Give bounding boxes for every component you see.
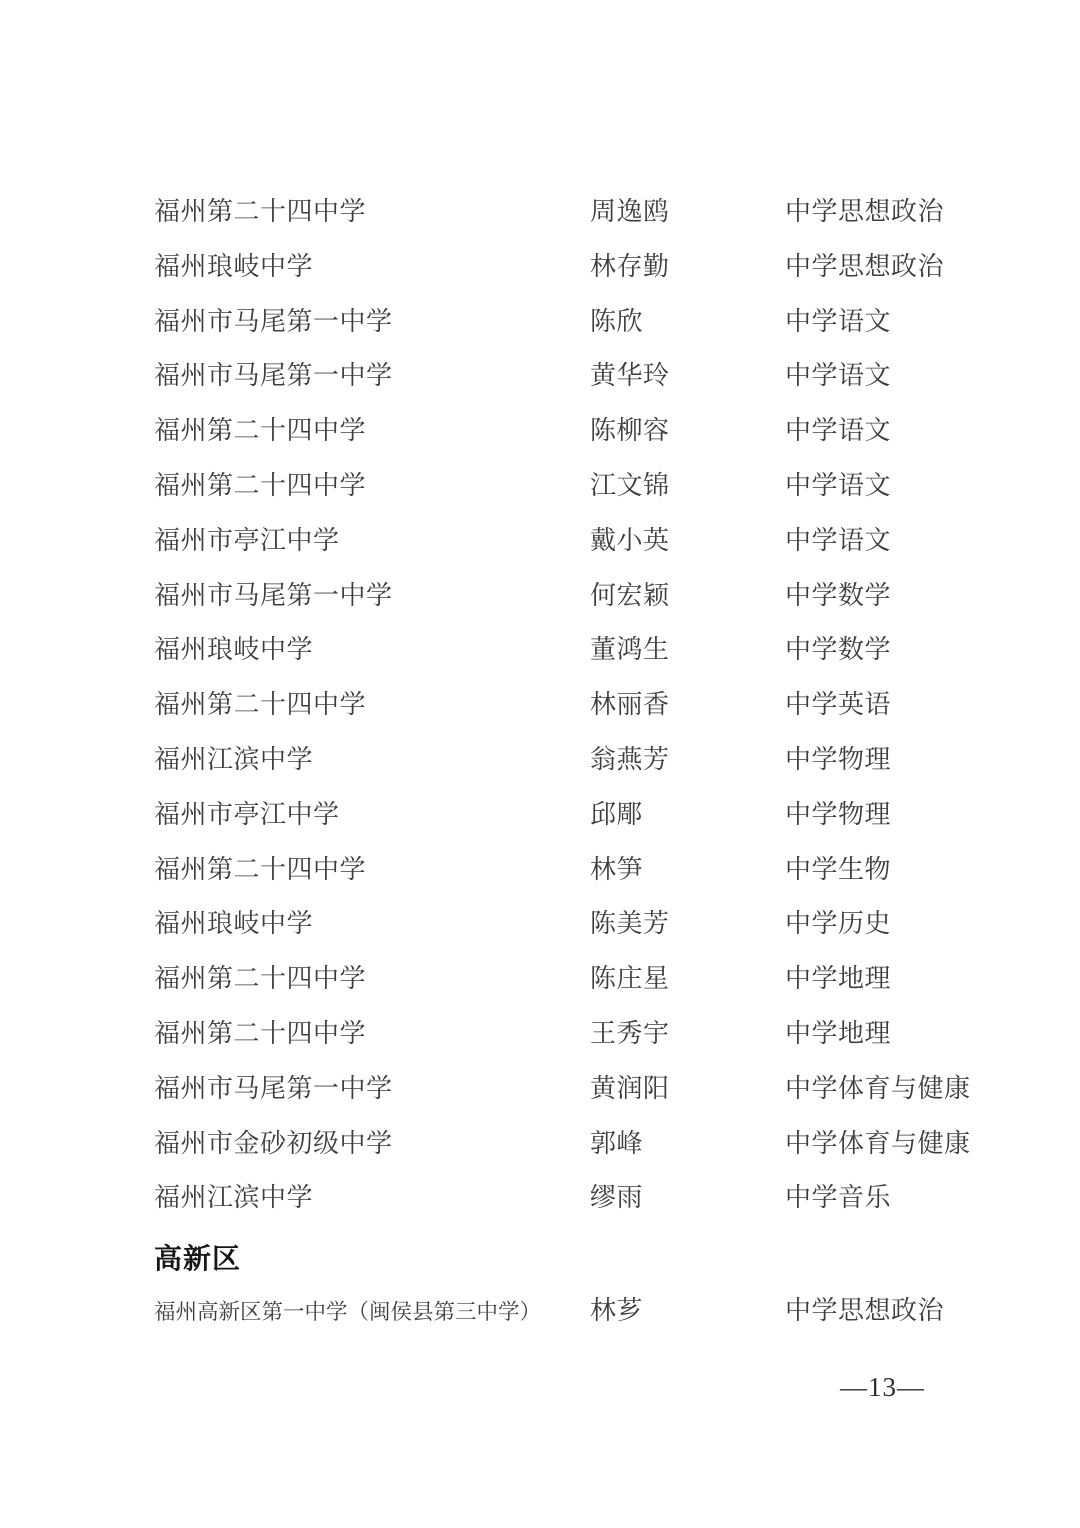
teacher-name-cell: 陈柳容 <box>590 415 785 447</box>
table-row: 福州市马尾第一中学 陈欣 中学语文 <box>154 306 990 361</box>
school-name-cell: 福州第二十四中学 <box>154 854 590 886</box>
teacher-name-cell: 董鸿生 <box>590 634 785 666</box>
document-page: 福州第二十四中学 周逸鸥 中学思想政治 福州琅岐中学 林存勤 中学思想政治 福州… <box>0 0 1080 1528</box>
school-name-cell: 福州市马尾第一中学 <box>154 1073 590 1105</box>
table-row: 福州第二十四中学 王秀宇 中学地理 <box>154 1018 990 1073</box>
section-heading: 高新区 <box>154 1241 990 1295</box>
subject-cell: 中学体育与健康 <box>785 1128 990 1160</box>
school-name-cell: 福州琅岐中学 <box>154 634 590 666</box>
subject-cell: 中学英语 <box>785 689 990 721</box>
teacher-name-cell: 邱郮 <box>590 799 785 831</box>
school-name-cell: 福州第二十四中学 <box>154 1018 590 1050</box>
table-row: 福州第二十四中学 林笋 中学生物 <box>154 854 990 909</box>
table-row: 福州江滨中学 翁燕芳 中学物理 <box>154 744 990 799</box>
subject-cell: 中学历史 <box>785 908 990 940</box>
school-name-cell: 福州第二十四中学 <box>154 689 590 721</box>
school-name-cell: 福州市金砂初级中学 <box>154 1128 590 1160</box>
teacher-name-cell: 缪雨 <box>590 1182 785 1214</box>
table-row: 福州第二十四中学 林丽香 中学英语 <box>154 689 990 744</box>
table-row: 福州市马尾第一中学 黄润阳 中学体育与健康 <box>154 1073 990 1128</box>
subject-cell: 中学思想政治 <box>785 1295 990 1327</box>
teacher-name-cell: 陈美芳 <box>590 908 785 940</box>
school-name-cell: 福州高新区第一中学（闽侯县第三中学） <box>154 1295 590 1329</box>
table-row: 福州琅岐中学 陈美芳 中学历史 <box>154 908 990 963</box>
school-name-cell: 福州第二十四中学 <box>154 963 590 995</box>
table-row: 福州市马尾第一中学 何宏颖 中学数学 <box>154 580 990 635</box>
school-name-cell: 福州琅岐中学 <box>154 251 590 283</box>
teacher-name-cell: 翁燕芳 <box>590 744 785 776</box>
school-name-cell: 福州市亭江中学 <box>154 525 590 557</box>
table-row: 福州市马尾第一中学 黄华玲 中学语文 <box>154 360 990 415</box>
school-name-cell: 福州市马尾第一中学 <box>154 360 590 392</box>
subject-cell: 中学地理 <box>785 1018 990 1050</box>
school-name-cell: 福州琅岐中学 <box>154 908 590 940</box>
table-row: 福州第二十四中学 周逸鸥 中学思想政治 <box>154 196 990 251</box>
teacher-name-cell: 何宏颖 <box>590 580 785 612</box>
subject-cell: 中学思想政治 <box>785 251 990 283</box>
school-name-cell: 福州市马尾第一中学 <box>154 580 590 612</box>
school-name-cell: 福州江滨中学 <box>154 744 590 776</box>
school-name-cell: 福州江滨中学 <box>154 1182 590 1214</box>
subject-cell: 中学语文 <box>785 470 990 502</box>
subject-cell: 中学地理 <box>785 963 990 995</box>
teacher-name-cell: 林笋 <box>590 854 785 886</box>
table-row: 福州市金砂初级中学 郭峰 中学体育与健康 <box>154 1128 990 1183</box>
teacher-name-cell: 黄润阳 <box>590 1073 785 1105</box>
page-number: —13— <box>840 1372 925 1403</box>
table-row: 福州高新区第一中学（闽侯县第三中学） 林芗 中学思想政治 <box>154 1295 990 1350</box>
subject-cell: 中学数学 <box>785 580 990 612</box>
school-name-cell: 福州第二十四中学 <box>154 196 590 228</box>
teacher-name-cell: 陈庄星 <box>590 963 785 995</box>
table-row: 福州琅岐中学 林存勤 中学思想政治 <box>154 251 990 306</box>
teacher-name-cell: 林芗 <box>590 1295 785 1327</box>
teacher-name-cell: 江文锦 <box>590 470 785 502</box>
subject-cell: 中学语文 <box>785 415 990 447</box>
teacher-name-cell: 陈欣 <box>590 306 785 338</box>
subject-cell: 中学物理 <box>785 744 990 776</box>
teacher-name-cell: 黄华玲 <box>590 360 785 392</box>
subject-cell: 中学音乐 <box>785 1182 990 1214</box>
subject-cell: 中学语文 <box>785 525 990 557</box>
teacher-name-cell: 戴小英 <box>590 525 785 557</box>
school-name-cell: 福州第二十四中学 <box>154 470 590 502</box>
subject-cell: 中学语文 <box>785 360 990 392</box>
school-name-cell: 福州市亭江中学 <box>154 799 590 831</box>
teacher-name-cell: 郭峰 <box>590 1128 785 1160</box>
table-row: 福州第二十四中学 江文锦 中学语文 <box>154 470 990 525</box>
table-row: 福州第二十四中学 陈庄星 中学地理 <box>154 963 990 1018</box>
subject-cell: 中学语文 <box>785 306 990 338</box>
school-name-cell: 福州第二十四中学 <box>154 415 590 447</box>
teacher-name-cell: 王秀宇 <box>590 1018 785 1050</box>
teacher-name-cell: 林存勤 <box>590 251 785 283</box>
teacher-list: 福州第二十四中学 周逸鸥 中学思想政治 福州琅岐中学 林存勤 中学思想政治 福州… <box>154 196 990 1350</box>
subject-cell: 中学物理 <box>785 799 990 831</box>
school-name-cell: 福州市马尾第一中学 <box>154 306 590 338</box>
subject-cell: 中学思想政治 <box>785 196 990 228</box>
subject-cell: 中学数学 <box>785 634 990 666</box>
table-row: 福州市亭江中学 邱郮 中学物理 <box>154 799 990 854</box>
table-row: 福州第二十四中学 陈柳容 中学语文 <box>154 415 990 470</box>
subject-cell: 中学生物 <box>785 854 990 886</box>
table-row: 福州琅岐中学 董鸿生 中学数学 <box>154 634 990 689</box>
table-row: 福州市亭江中学 戴小英 中学语文 <box>154 525 990 580</box>
subject-cell: 中学体育与健康 <box>785 1073 990 1105</box>
teacher-name-cell: 林丽香 <box>590 689 785 721</box>
table-row: 福州江滨中学 缪雨 中学音乐 <box>154 1182 990 1237</box>
teacher-name-cell: 周逸鸥 <box>590 196 785 228</box>
